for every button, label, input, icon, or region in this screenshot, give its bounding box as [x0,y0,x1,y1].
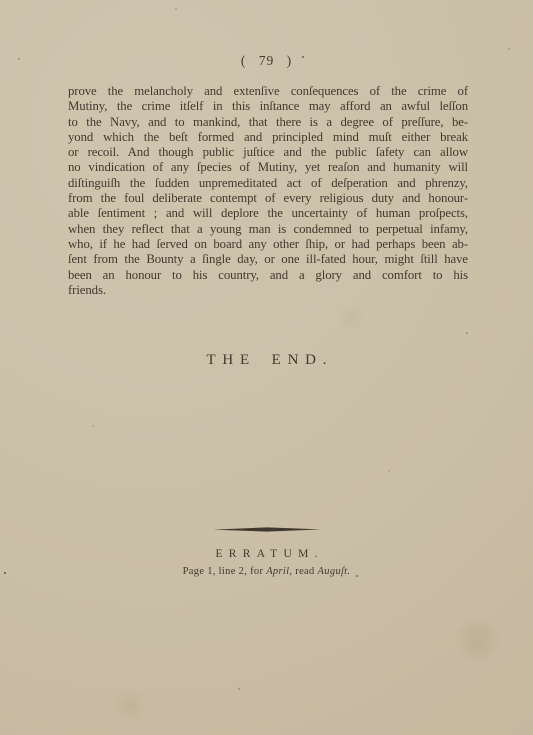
text-line: prove the melancholy and extenſive conſe… [68,84,468,99]
text-line: Mutiny, the crime itſelf in this inſtanc… [68,99,468,114]
text-line: able ſentiment ; and will deplore the un… [68,206,468,221]
text-line: to the Navy, and to mankind, that there … [68,115,468,130]
text-line: from the foul deliberate contempt of eve… [68,191,468,206]
the-end-text: THE END. [0,352,533,369]
erratum-heading: ERRATUM. [0,548,533,560]
text-line: been an honour to his country, and a glo… [68,268,468,283]
text-line: no vindication of any ſpecies of Mutiny,… [68,160,468,175]
text-line: ſent from the Bounty a ſingle day, or on… [68,252,468,267]
erratum-note-italic-august: Auguſt. [318,566,351,577]
text-line: who, if he had ſerved on board any other… [68,237,468,252]
text-line: diſtinguiſh the ſudden unpremeditated ac… [68,176,468,191]
erratum-note: Page 1, line 2, for April, read Auguſt. [0,566,533,577]
paper-specks [0,0,2,2]
text-line: or recoil. And though public juſtice and… [68,145,468,160]
page-number: ( 79 ) [0,53,533,69]
text-line: when they reflect that a young man is co… [68,222,468,237]
swelled-rule-ornament [0,527,533,532]
erratum-note-middle: read [292,566,317,577]
book-page-scan: ( 79 ) prove the melancholy and extenſiv… [0,0,533,735]
erratum-note-italic-april: April, [266,566,292,577]
text-line: yond which the beſt formed and principle… [68,130,468,145]
erratum-note-prefix: Page 1, line 2, for [183,566,267,577]
text-line: friends. [68,283,468,298]
body-paragraph: prove the melancholy and extenſive conſe… [68,84,468,298]
